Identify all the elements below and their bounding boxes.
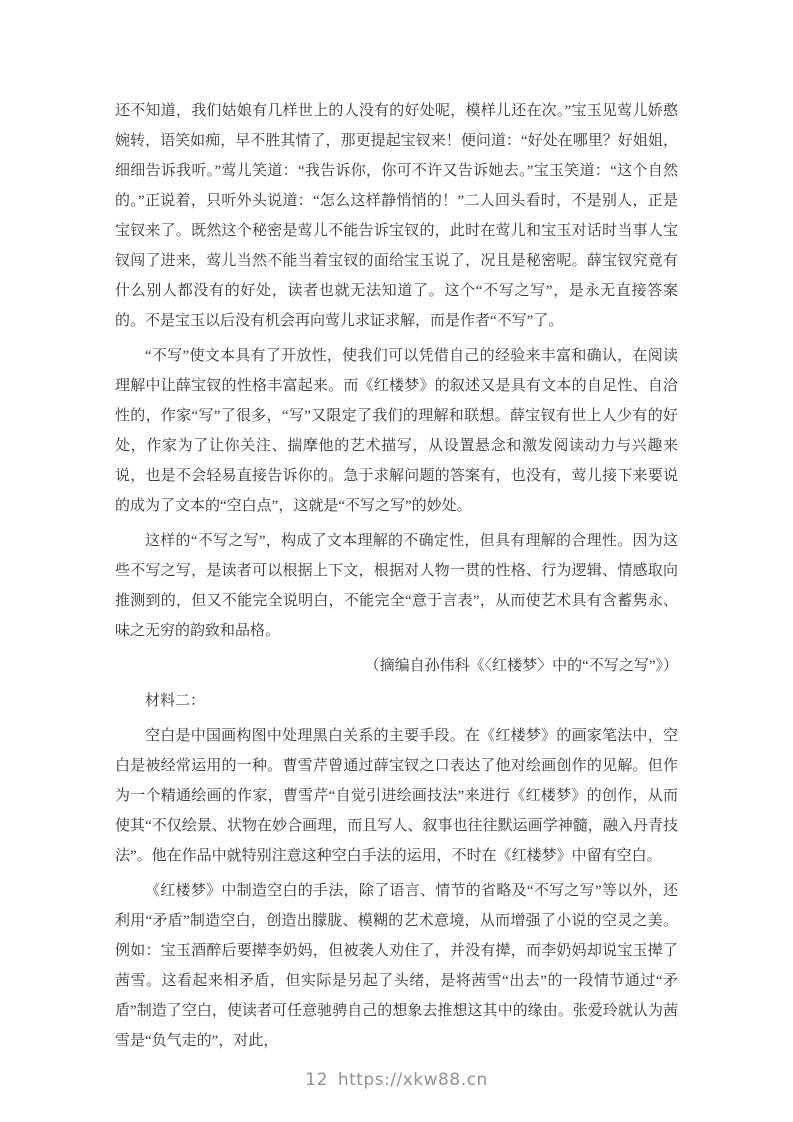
material-one-paragraph-2: “不写”使文本具有了开放性，使我们可以凭借自己的经验来丰富和确认，在阅读理解中让…: [115, 341, 678, 521]
material-one-paragraph-1: 还不知道，我们姑娘有几样世上的人没有的好处呢，模样儿还在次。”宝玉见莺儿娇憨婉转…: [115, 96, 678, 336]
document-page: 还不知道，我们姑娘有几样世上的人没有的好处呢，模样儿还在次。”宝玉见莺儿娇憨婉转…: [0, 0, 793, 1122]
material-two-paragraph-1: 空白是中国画构图中处理黑白关系的主要手段。在《红楼梦》的画家笔法中，空白是被经常…: [115, 721, 678, 871]
watermark-url: https://xkw88.cn: [338, 1070, 488, 1090]
material-two-paragraph-2: 《红楼梦》中制造空白的手法，除了语言、情节的省略及“不写之写”等以外，还利用“矛…: [115, 876, 678, 1056]
page-footer: 12 https://xkw88.cn: [0, 1070, 793, 1090]
material-two-heading: 材料二：: [115, 686, 678, 716]
material-one-paragraph-3: 这样的“不写之写”，构成了文本理解的不确定性，但具有理解的合理性。因为这些不写之…: [115, 526, 678, 646]
page-number: 12: [305, 1070, 328, 1090]
material-one-attribution: （摘编自孙伟科《〈红楼梦〉中的“不写之写”》）: [115, 651, 678, 681]
reading-passage: 还不知道，我们姑娘有几样世上的人没有的好处呢，模样儿还在次。”宝玉见莺儿娇憨婉转…: [115, 96, 678, 1056]
